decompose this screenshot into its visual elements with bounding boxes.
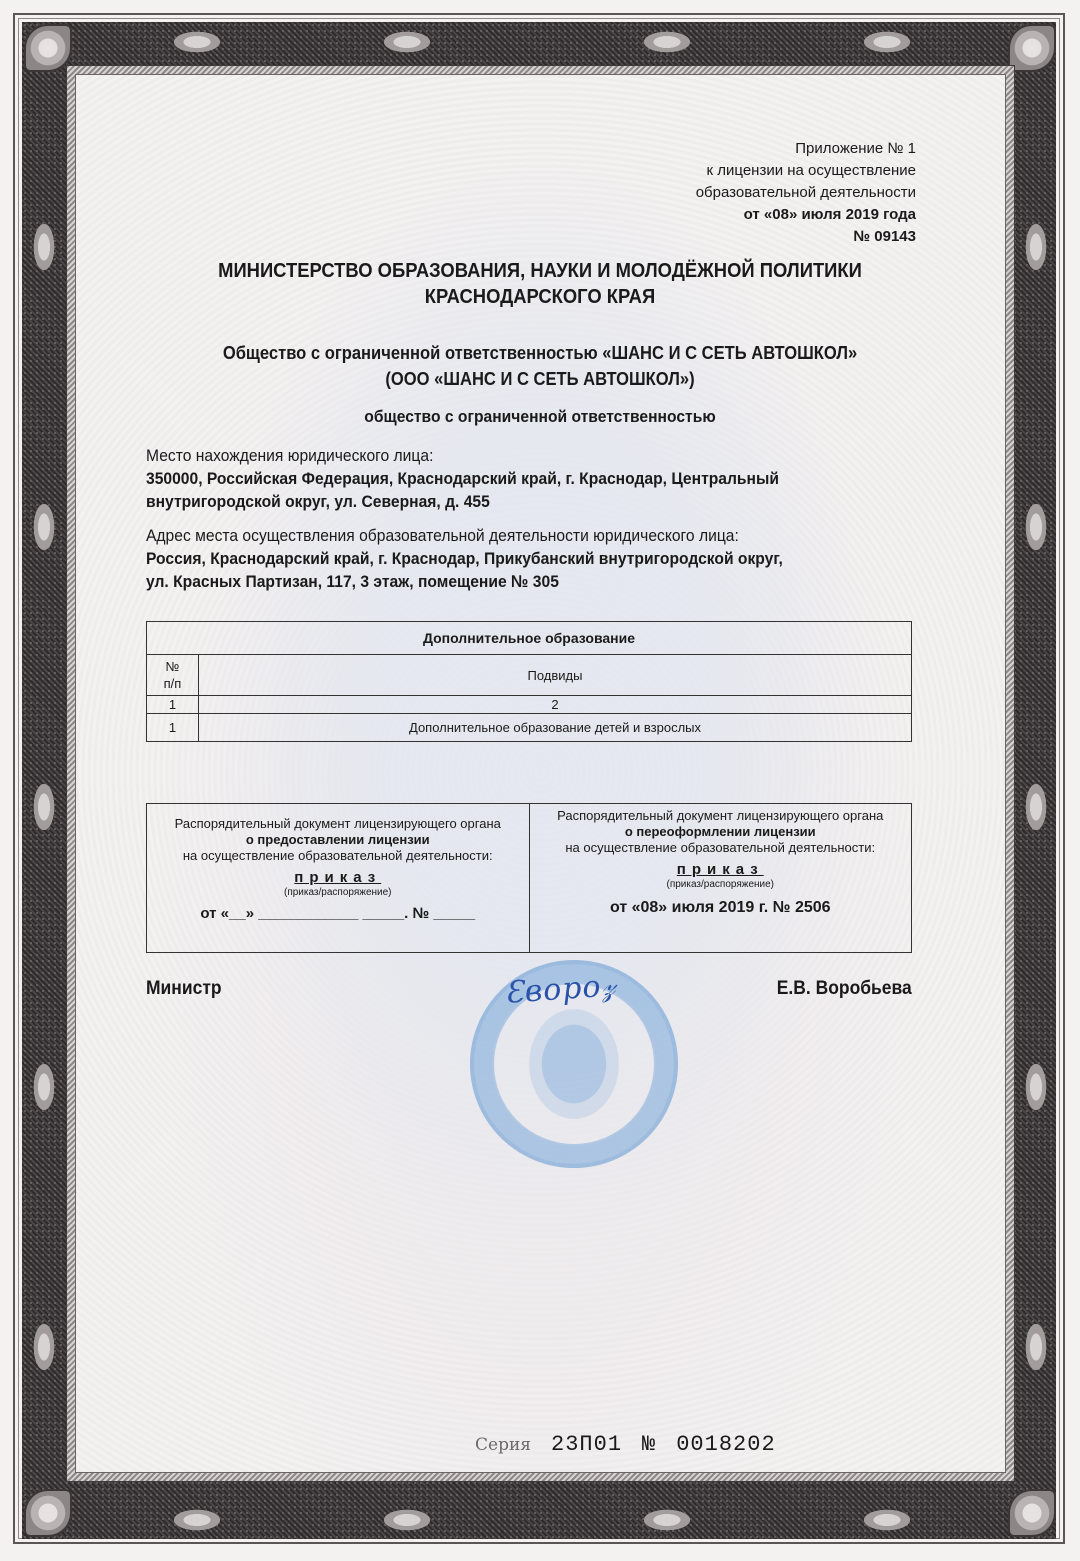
legal-address-block: Место нахождения юридического лица: 3500… bbox=[146, 444, 845, 513]
activity-address-block: Адрес места осуществления образовательно… bbox=[146, 524, 845, 593]
border-scroll-ornament bbox=[170, 1508, 224, 1532]
border-scroll-ornament bbox=[1024, 1320, 1048, 1374]
education-subtypes-table: Дополнительное образование № п/п Подвиды… bbox=[146, 621, 912, 742]
order-kind-note: (приказ/распоряжение) bbox=[147, 886, 529, 900]
order-text: на осуществление образовательной деятель… bbox=[530, 840, 912, 856]
order-dateline: от «08» июля 2019 г. № 2506 bbox=[530, 900, 912, 916]
border-scroll-ornament bbox=[640, 1508, 694, 1532]
row-number: 1 bbox=[147, 714, 199, 742]
license-number: № 09143 bbox=[696, 226, 916, 248]
licensing-orders-table: Распорядительный документ лицензирующего… bbox=[146, 803, 912, 953]
appendix-line: к лицензии на осуществление bbox=[696, 160, 916, 182]
legal-address-line: 350000, Российская Федерация, Краснодарс… bbox=[146, 467, 845, 490]
appendix-date: от «08» июля 2019 года bbox=[696, 204, 916, 226]
reissue-order-cell: Распорядительный документ лицензирующего… bbox=[529, 804, 912, 952]
column-header-number: № п/п bbox=[147, 655, 199, 696]
header-text: п/п bbox=[147, 675, 198, 692]
organization-full-name: Общество с ограниченной ответственностью… bbox=[43, 340, 1037, 366]
border-scroll-ornament bbox=[1024, 500, 1048, 554]
signatory-name: Е.В. Воробьева bbox=[777, 978, 912, 1000]
border-scroll-ornament bbox=[640, 30, 694, 54]
header-text: № bbox=[147, 658, 198, 675]
number-sign: № bbox=[642, 1432, 656, 1457]
border-scroll-ornament bbox=[860, 30, 914, 54]
order-type-text: о переоформлении лицензии bbox=[530, 824, 912, 840]
authority-line: КРАСНОДАРСКОГО КРАЯ bbox=[43, 284, 1037, 310]
order-text: на осуществление образовательной деятель… bbox=[147, 848, 529, 864]
corner-ornament-bottom-left bbox=[26, 1491, 70, 1535]
corner-ornament-top-left bbox=[26, 26, 70, 70]
border-scroll-ornament bbox=[32, 1060, 56, 1114]
border-scroll-ornament bbox=[1024, 1060, 1048, 1114]
table-row: 1 Дополнительное образование детей и взр… bbox=[147, 714, 912, 742]
column-index: 1 bbox=[147, 696, 199, 714]
activity-address-line: ул. Красных Партизан, 117, 3 этаж, помещ… bbox=[146, 570, 845, 593]
table-title: Дополнительное образование bbox=[147, 622, 912, 655]
legal-address-line: внутригородской округ, ул. Северная, д. … bbox=[146, 490, 845, 513]
border-scroll-ornament bbox=[380, 30, 434, 54]
order-kind: приказ bbox=[677, 862, 764, 878]
border-scroll-ornament bbox=[32, 1320, 56, 1374]
border-scroll-ornament bbox=[1024, 780, 1048, 834]
border-scroll-ornament bbox=[860, 1508, 914, 1532]
appendix-line: образовательной деятельности bbox=[696, 182, 916, 204]
order-text: Распорядительный документ лицензирующего… bbox=[530, 808, 912, 824]
corner-ornament-bottom-right bbox=[1010, 1491, 1054, 1535]
coat-of-arms-eagle-icon bbox=[529, 1009, 619, 1119]
order-dateline: от «__» ____________ _____. № _____ bbox=[147, 906, 529, 922]
organization-name: Общество с ограниченной ответственностью… bbox=[43, 340, 1037, 392]
organization-short-name: (ООО «ШАНС И С СЕТЬ АВТОШКОЛ») bbox=[43, 366, 1037, 392]
order-type-text: о предоставлении лицензии bbox=[147, 832, 529, 848]
legal-address-label: Место нахождения юридического лица: bbox=[146, 444, 845, 467]
serial-series: 23П01 bbox=[551, 1432, 622, 1457]
order-kind: приказ bbox=[294, 870, 381, 886]
border-scroll-ornament bbox=[32, 780, 56, 834]
appendix-title: Приложение № 1 bbox=[696, 138, 916, 160]
order-text: Распорядительный документ лицензирующего… bbox=[147, 816, 529, 832]
signatory-position: Министр bbox=[146, 978, 222, 1000]
order-kind-note: (приказ/распоряжение) bbox=[530, 878, 912, 892]
form-serial-number: Серия 23П01 № 0018202 bbox=[475, 1432, 776, 1457]
issuing-authority: МИНИСТЕРСТВО ОБРАЗОВАНИЯ, НАУКИ И МОЛОДЁ… bbox=[43, 258, 1037, 310]
grant-order-cell: Распорядительный документ лицензирующего… bbox=[147, 804, 529, 952]
border-scroll-ornament bbox=[380, 1508, 434, 1532]
authority-line: МИНИСТЕРСТВО ОБРАЗОВАНИЯ, НАУКИ И МОЛОДЁ… bbox=[43, 258, 1037, 284]
row-subtype: Дополнительное образование детей и взрос… bbox=[199, 714, 912, 742]
organization-legal-form: общество с ограниченной ответственностью bbox=[43, 407, 1037, 427]
column-index: 2 bbox=[199, 696, 912, 714]
activity-address-line: Россия, Краснодарский край, г. Краснодар… bbox=[146, 547, 845, 570]
serial-label: Серия bbox=[475, 1435, 531, 1455]
appendix-header: Приложение № 1 к лицензии на осуществлен… bbox=[696, 138, 916, 248]
serial-number: 0018202 bbox=[676, 1432, 775, 1457]
column-header-subtypes: Подвиды bbox=[199, 655, 912, 696]
corner-ornament-top-right bbox=[1010, 26, 1054, 70]
border-scroll-ornament bbox=[32, 500, 56, 554]
activity-address-label: Адрес места осуществления образовательно… bbox=[146, 524, 845, 547]
border-scroll-ornament bbox=[170, 30, 224, 54]
